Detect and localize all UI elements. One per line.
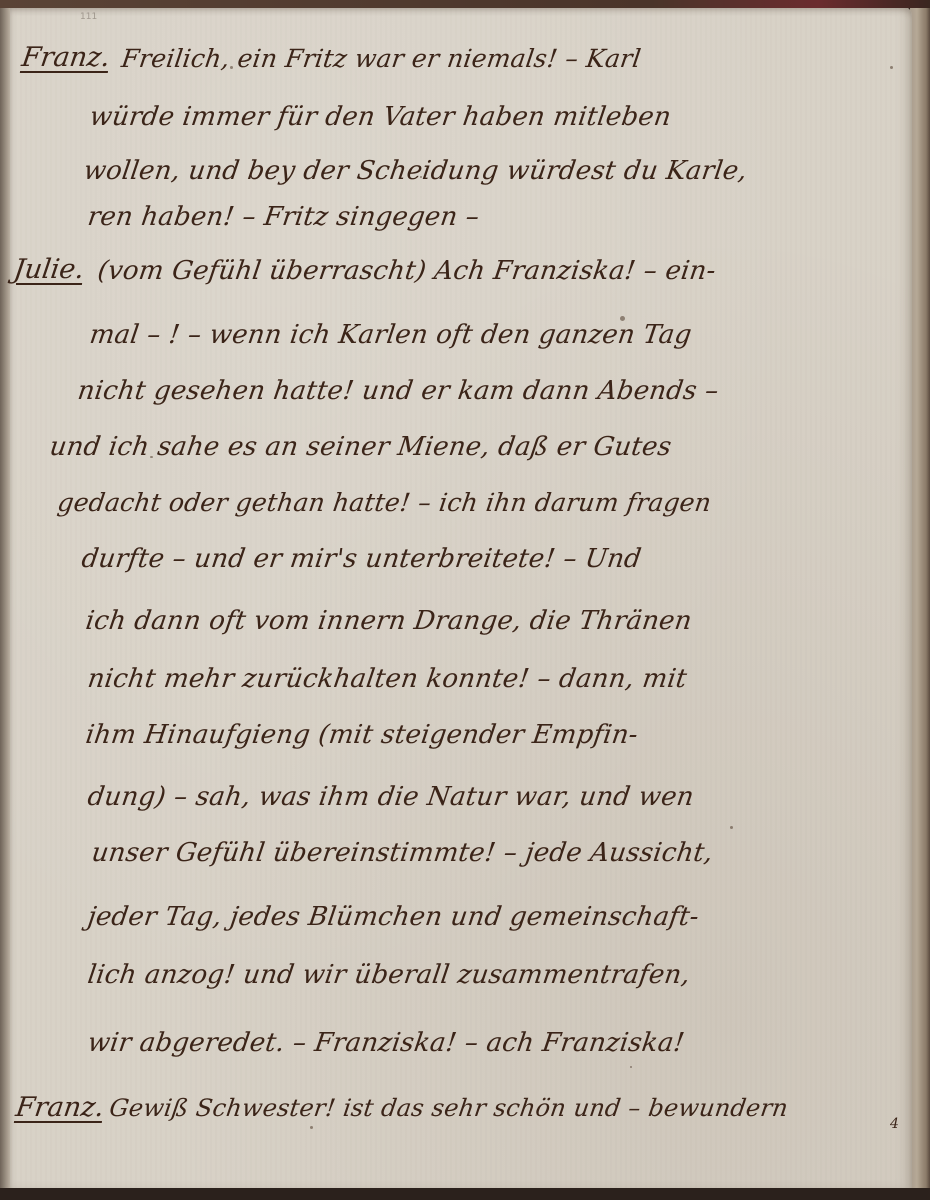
- speaker-name: Franz.: [14, 1094, 106, 1121]
- manuscript-line: dung) – sah, was ihm die Natur war, und …: [86, 784, 696, 810]
- manuscript-line: durfte – und er mir's unterbreitete! – U…: [80, 546, 643, 572]
- manuscript-line: ren haben! – Fritz singegen –: [86, 204, 481, 230]
- top-binding-edge: [0, 0, 930, 8]
- manuscript-line: nicht gesehen hatte! und er kam dann Abe…: [76, 378, 720, 404]
- manuscript-line: mal – ! – wenn ich Karlen oft den ganzen…: [88, 322, 693, 348]
- manuscript-line: nicht mehr zurückhalten konnte! – dann, …: [86, 666, 688, 692]
- manuscript-line: würde immer für den Vater haben mitleben: [88, 104, 673, 130]
- catchword-mark: 4: [890, 1116, 899, 1132]
- paper-speck: [630, 1066, 632, 1068]
- manuscript-line: unser Gefühl übereinstimmte! – jede Auss…: [90, 840, 715, 866]
- right-page-edges: [910, 6, 930, 1200]
- manuscript-line: jeder Tag, jedes Blümchen und gemeinscha…: [86, 904, 701, 930]
- manuscript-scan: 111 Franz. Freilich, ein Fritz war er ni…: [0, 0, 930, 1200]
- manuscript-line: ich dann oft vom innern Drange, die Thrä…: [84, 608, 694, 634]
- manuscript-line: wollen, und bey der Scheidung würdest du…: [82, 158, 749, 184]
- paper-speck: [890, 66, 893, 69]
- manuscript-line: (vom Gefühl überrascht) Ach Franziska! –…: [96, 258, 717, 284]
- manuscript-line: ihm Hinaufgieng (mit steigender Empfin-: [84, 722, 640, 748]
- paper-speck: [730, 826, 733, 829]
- manuscript-line: Gewiß Schwester! ist das sehr schön und …: [108, 1096, 790, 1120]
- manuscript-line: lich anzog! und wir überall zusammentraf…: [86, 962, 692, 988]
- manuscript-line: Freilich, ein Fritz war er niemals! – Ka…: [120, 46, 642, 71]
- speaker-name: Franz.: [20, 44, 112, 71]
- manuscript-line: gedacht oder gethan hatte! – ich ihn dar…: [56, 490, 713, 515]
- paper-speck: [310, 1126, 313, 1129]
- speaker-name: Julie.: [12, 256, 86, 283]
- bottom-edge: [0, 1188, 930, 1200]
- pencil-folio-mark: 111: [80, 12, 97, 22]
- manuscript-line: wir abgeredet. – Franziska! – ach Franzi…: [86, 1030, 686, 1056]
- manuscript-line: und ich sahe es an seiner Miene, daß er …: [48, 434, 673, 460]
